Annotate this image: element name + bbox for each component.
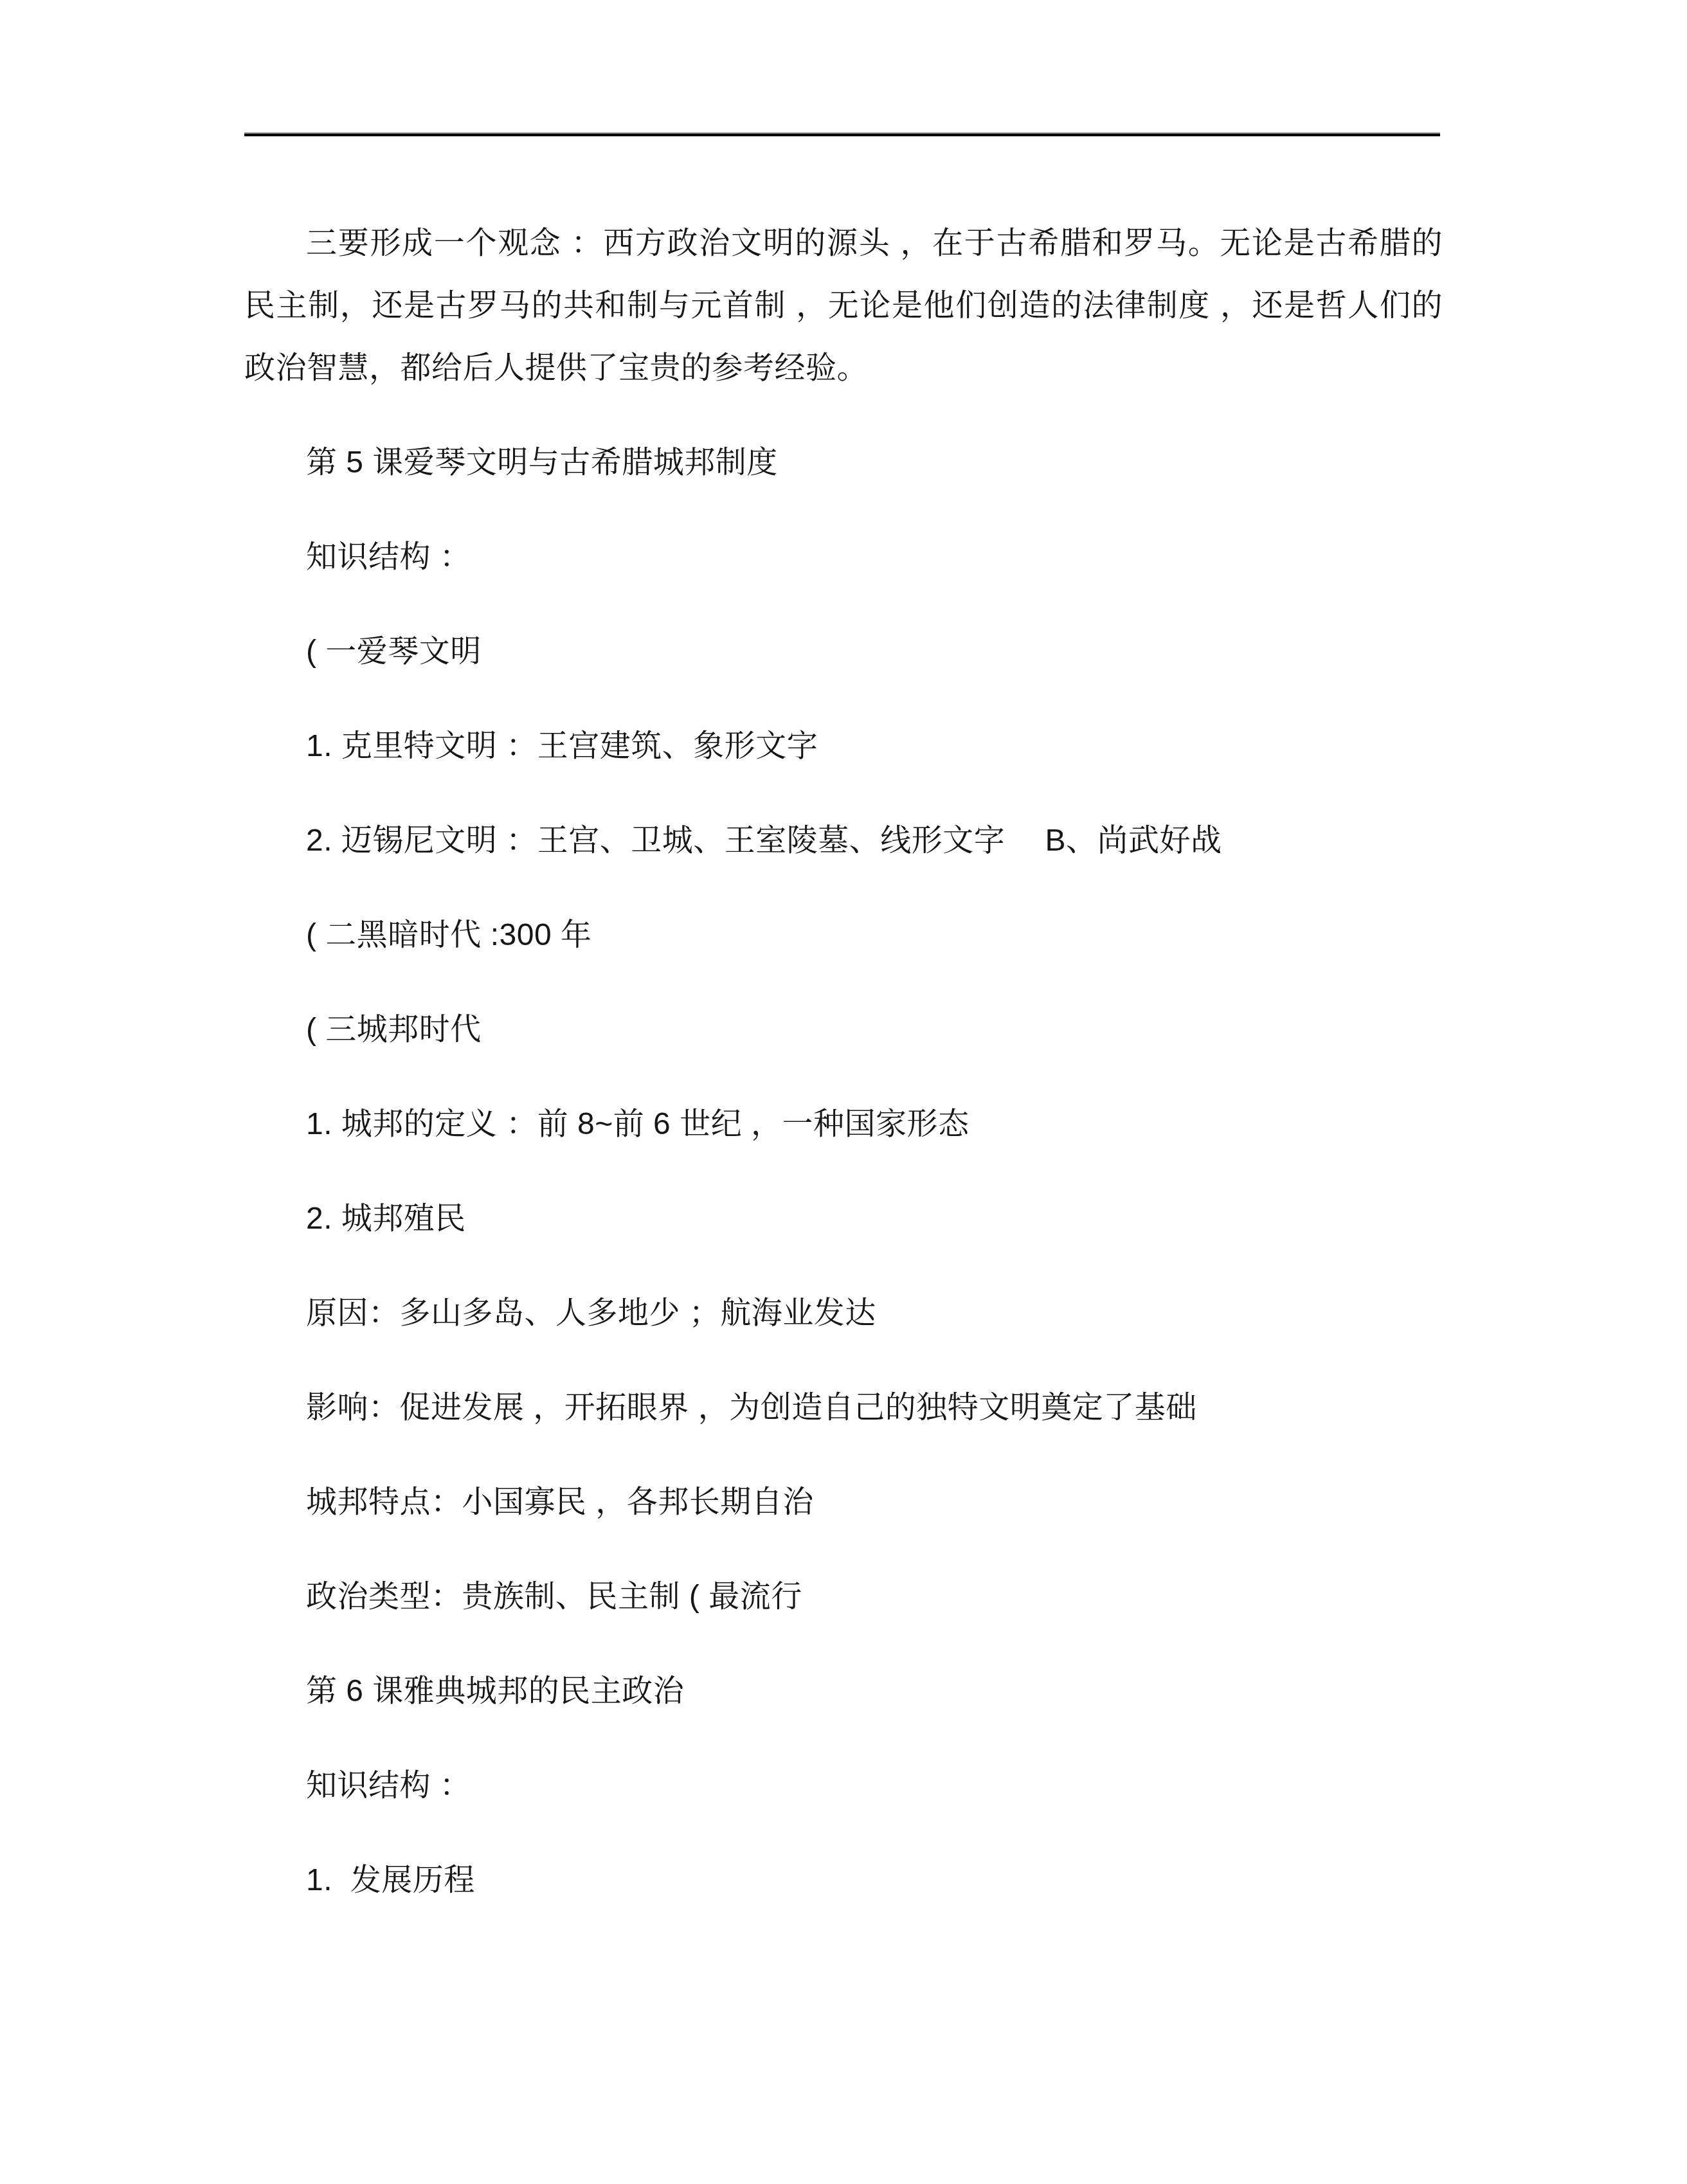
paragraph-line: 民主制，还是古罗马的共和制与元首制 ，无论是他们创造的法律制度 ，还是哲人们的 [244, 275, 1443, 337]
item-polis-features: 城邦特点：小国寡民 ，各邦长期自治 [244, 1471, 1443, 1533]
header-rule-line [244, 132, 1440, 136]
item-reason: 原因：多山多岛、人多地少 ；航海业发达 [244, 1282, 1443, 1344]
paragraph-line: 政治智慧，都给后人提供了宝贵的参考经验。 [244, 337, 1443, 399]
item-crete: 1. 克里特文明 ：王宫建筑、象形文字 [244, 715, 1443, 777]
knowledge-structure-label-2: 知识结构 ： [244, 1755, 1443, 1817]
item-impact: 影响：促进发展 ，开拓眼界 ，为创造自己的独特文明奠定了基础 [244, 1376, 1443, 1439]
section-aegean: ( 一爱琴文明 [244, 620, 1443, 683]
header-rule [244, 132, 1440, 136]
lesson-6-heading: 第 6 课雅典城邦的民主政治 [244, 1660, 1443, 1722]
paragraph-line: 三要形成一个观念 ：西方政治文明的源头 ，在于古希腊和罗马。无论是古希腊的 [244, 212, 1443, 275]
intro-paragraph: 三要形成一个观念 ：西方政治文明的源头 ，在于古希腊和罗马。无论是古希腊的民主制… [244, 212, 1443, 399]
document-page: 三要形成一个观念 ：西方政治文明的源头 ，在于古希腊和罗马。无论是古希腊的民主制… [0, 0, 1687, 2184]
item-polis-colonization: 2. 城邦殖民 [244, 1187, 1443, 1250]
item-mycenae: 2. 迈锡尼文明 ：王宫、卫城、王室陵墓、线形文字 B、尚武好战 [244, 809, 1443, 872]
section-polis-era: ( 三城邦时代 [244, 998, 1443, 1061]
item-polis-definition: 1. 城邦的定义 ：前 8~前 6 世纪 ，一种国家形态 [244, 1093, 1443, 1155]
item-political-types: 政治类型：贵族制、民主制 ( 最流行 [244, 1566, 1443, 1628]
lesson-5-heading: 第 5 课爱琴文明与古希腊城邦制度 [244, 431, 1443, 494]
knowledge-structure-label: 知识结构 ： [244, 526, 1443, 588]
section-dark-age: ( 二黑暗时代 :300 年 [244, 904, 1443, 966]
item-development-course: 1. 发展历程 [244, 1849, 1443, 1911]
document-body: 三要形成一个观念 ：西方政治文明的源头 ，在于古希腊和罗马。无论是古希腊的民主制… [244, 212, 1443, 1944]
